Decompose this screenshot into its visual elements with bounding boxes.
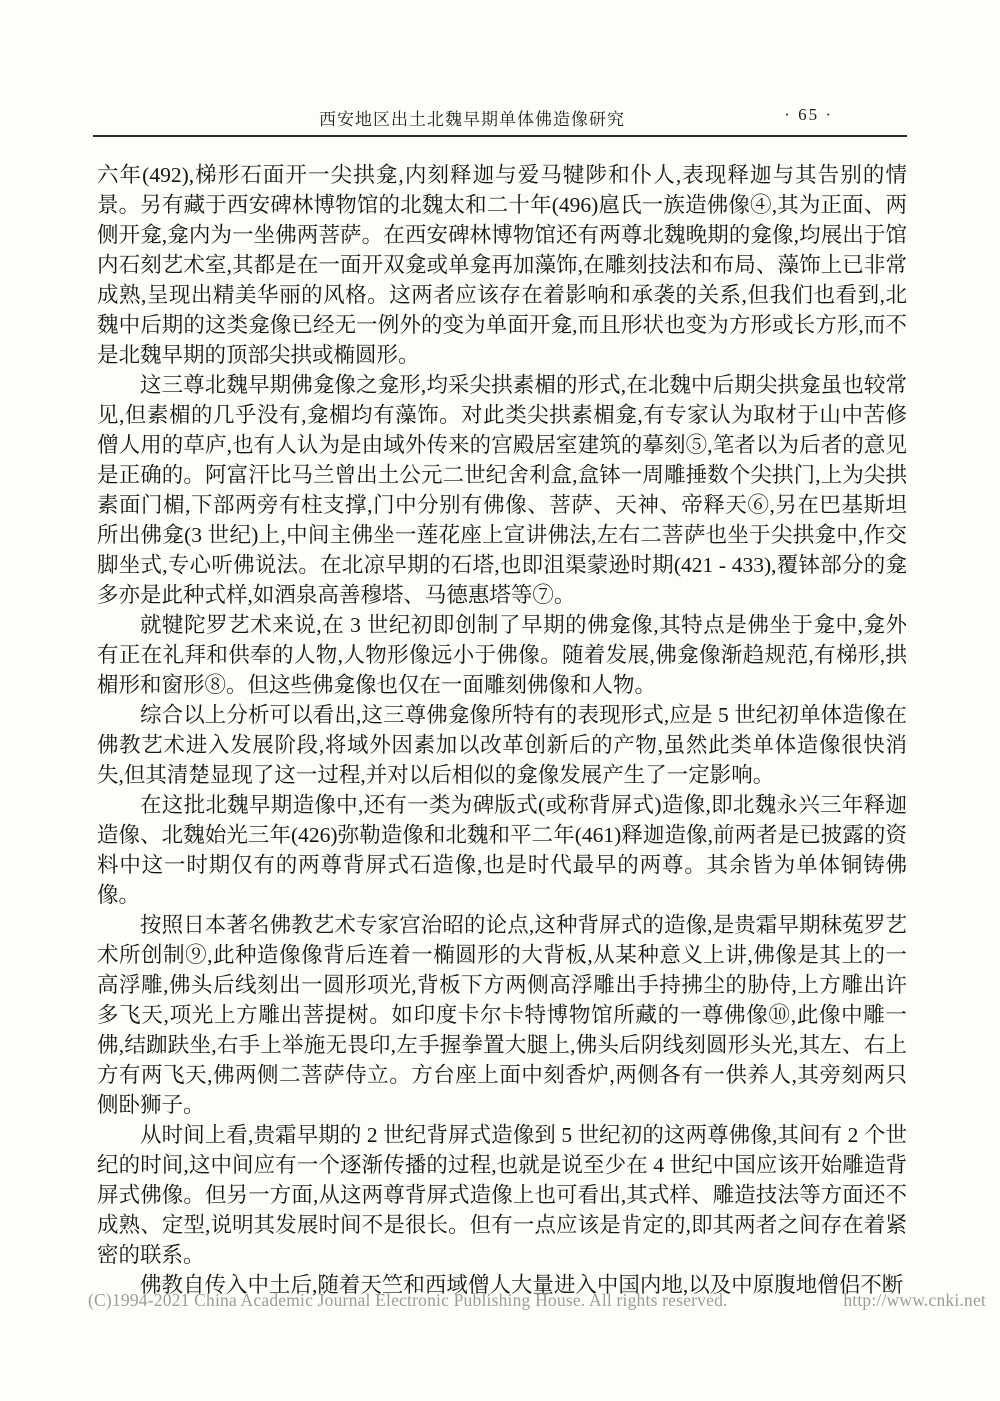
cnki-url: http://www.cnki.net	[843, 1290, 986, 1311]
copyright-notice: (C)1994-2021 China Academic Journal Elec…	[88, 1290, 728, 1311]
paragraph: 综合以上分析可以看出,这三尊佛龛像所特有的表现形式,应是 5 世纪初单体造像在佛…	[97, 700, 907, 790]
paragraph: 就犍陀罗艺术来说,在 3 世纪初即创制了早期的佛龛像,其特点是佛坐于龛中,龛外有…	[97, 610, 907, 700]
page-footer: (C)1994-2021 China Academic Journal Elec…	[88, 1290, 986, 1311]
paragraph: 从时间上看,贵霜早期的 2 世纪背屏式造像到 5 世纪初的这两尊佛像,其间有 2…	[97, 1120, 907, 1270]
page-header: 西安地区出土北魏早期单体佛造像研究 · 65 ·	[95, 105, 905, 133]
header-rule	[93, 135, 907, 137]
paragraph: 六年(492),梯形石面开一尖拱龛,内刻释迦与爱马犍陟和仆人,表现释迦与其告别的…	[97, 160, 907, 370]
paragraph: 在这批北魏早期造像中,还有一类为碑版式(或称背屏式)造像,即北魏永兴三年释迦造像…	[97, 790, 907, 910]
scanned-paper-page: 西安地区出土北魏早期单体佛造像研究 · 65 · 六年(492),梯形石面开一尖…	[0, 0, 1000, 1401]
paragraph: 按照日本著名佛教艺术专家宫治昭的论点,这种背屏式的造像,是贵霜早期秣菟罗艺术所创…	[97, 910, 907, 1120]
article-body: 六年(492),梯形石面开一尖拱龛,内刻释迦与爱马犍陟和仆人,表现释迦与其告别的…	[97, 160, 907, 1300]
page-number: · 65 ·	[784, 105, 833, 125]
paragraph: 这三尊北魏早期佛龛像之龛形,均采尖拱素楣的形式,在北魏中后期尖拱龛虽也较常见,但…	[97, 370, 907, 610]
running-head-title: 西安地区出土北魏早期单体佛造像研究	[319, 105, 625, 130]
